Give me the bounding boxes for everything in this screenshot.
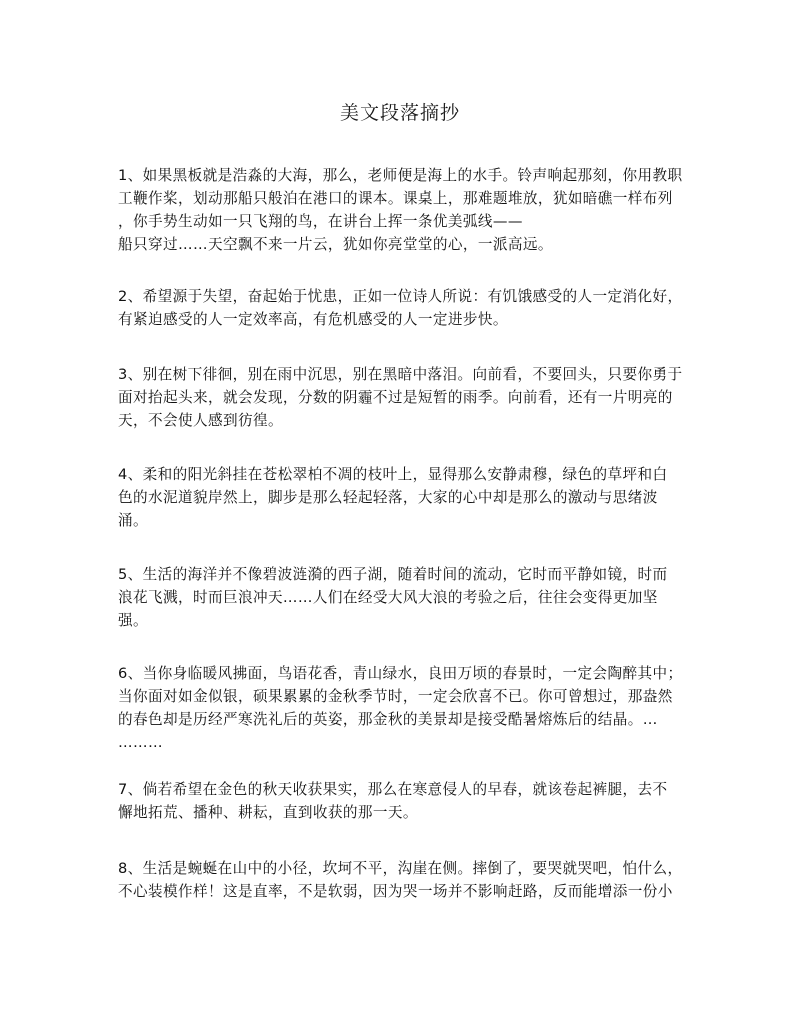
paragraph-line: 1、如果黑板就是浩淼的大海，那么，老师便是海上的水手。铃声响起那刻，你用教职 xyxy=(118,164,688,187)
paragraph-line: 5、生活的海洋并不像碧波涟漪的西子湖，随着时间的流动，它时而平静如镜，时而 xyxy=(118,563,688,586)
paragraph-line: ……… xyxy=(118,731,688,754)
paragraph-line: 船只穿过……天空飘不来一片云，犹如你亮堂堂的心，一派高远。 xyxy=(118,233,688,256)
paragraph-line: 不心装模作样！这是直率，不是软弱，因为哭一场并不影响赶路，反而能增添一份小 xyxy=(118,880,688,903)
paragraph-line: 7、倘若希望在金色的秋天收获果实，那么在寒意侵人的早春，就该卷起裤腿，去不 xyxy=(118,778,688,801)
paragraph-line: 色的水泥道貌岸然上，脚步是那么轻起轻落，大家的心中却是那么的激动与思绪波 xyxy=(118,486,688,509)
paragraph-line: 3、别在树下徘徊，别在雨中沉思，别在黑暗中落泪。向前看，不要回头，只要你勇于 xyxy=(118,363,688,386)
paragraph-line: 8、生活是蜿蜒在山中的小径，坎坷不平，沟崖在侧。摔倒了，要哭就哭吧，怕什么， xyxy=(118,857,688,880)
paragraph-line: ，你手势生动如一只飞翔的鸟，在讲台上挥一条优美弧线—— xyxy=(118,210,688,233)
paragraph-line: 涌。 xyxy=(118,509,688,532)
paragraph-4: 4、柔和的阳光斜挂在苍松翠柏不凋的枝叶上，显得那么安静肃穆，绿色的草坪和白色的水… xyxy=(118,463,688,532)
page-title: 美文段落摘抄 xyxy=(0,98,800,125)
paragraph-line: 2、希望源于失望，奋起始于忧患，正如一位诗人所说：有饥饿感受的人一定消化好， xyxy=(118,285,688,308)
paragraph-line: 有紧迫感受的人一定效率高，有危机感受的人一定进步快。 xyxy=(118,308,688,331)
paragraph-line: 当你面对如金似银，硕果累累的金秋季节时，一定会欣喜不已。你可曾想过，那盎然 xyxy=(118,685,688,708)
paragraph-line: 面对抬起头来，就会发现，分数的阴霾不过是短暂的雨季。向前看，还有一片明亮的 xyxy=(118,386,688,409)
paragraph-line: 懈地拓荒、播种、耕耘，直到收获的那一天。 xyxy=(118,801,688,824)
paragraph-3: 3、别在树下徘徊，别在雨中沉思，别在黑暗中落泪。向前看，不要回头，只要你勇于面对… xyxy=(118,363,688,432)
paragraph-line: 浪花飞溅，时而巨浪冲天……人们在经受大风大浪的考验之后，往往会变得更加坚 xyxy=(118,586,688,609)
paragraph-line: 工鞭作桨，划动那船只般泊在港口的课本。课桌上，那难题堆放，犹如暗礁一样布列 xyxy=(118,187,688,210)
paragraph-line: 4、柔和的阳光斜挂在苍松翠柏不凋的枝叶上，显得那么安静肃穆，绿色的草坪和白 xyxy=(118,463,688,486)
paragraph-2: 2、希望源于失望，奋起始于忧患，正如一位诗人所说：有饥饿感受的人一定消化好，有紧… xyxy=(118,285,688,331)
paragraph-8: 8、生活是蜿蜒在山中的小径，坎坷不平，沟崖在侧。摔倒了，要哭就哭吧，怕什么，不心… xyxy=(118,857,688,903)
paragraph-line: 的春色却是历经严寒洗礼后的英姿，那金秋的美景却是接受酷暑熔炼后的结晶。… xyxy=(118,708,688,731)
paragraph-line: 6、当你身临暖风拂面，鸟语花香，青山绿水，良田万顷的春景时，一定会陶醉其中； xyxy=(118,662,688,685)
paragraph-line: 天，不会使人感到彷徨。 xyxy=(118,409,688,432)
paragraph-line: 强。 xyxy=(118,609,688,632)
paragraph-7: 7、倘若希望在金色的秋天收获果实，那么在寒意侵人的早春，就该卷起裤腿，去不懈地拓… xyxy=(118,778,688,824)
paragraph-1: 1、如果黑板就是浩淼的大海，那么，老师便是海上的水手。铃声响起那刻，你用教职工鞭… xyxy=(118,164,688,256)
paragraph-5: 5、生活的海洋并不像碧波涟漪的西子湖，随着时间的流动，它时而平静如镜，时而浪花飞… xyxy=(118,563,688,632)
paragraph-6: 6、当你身临暖风拂面，鸟语花香，青山绿水，良田万顷的春景时，一定会陶醉其中；当你… xyxy=(118,662,688,754)
